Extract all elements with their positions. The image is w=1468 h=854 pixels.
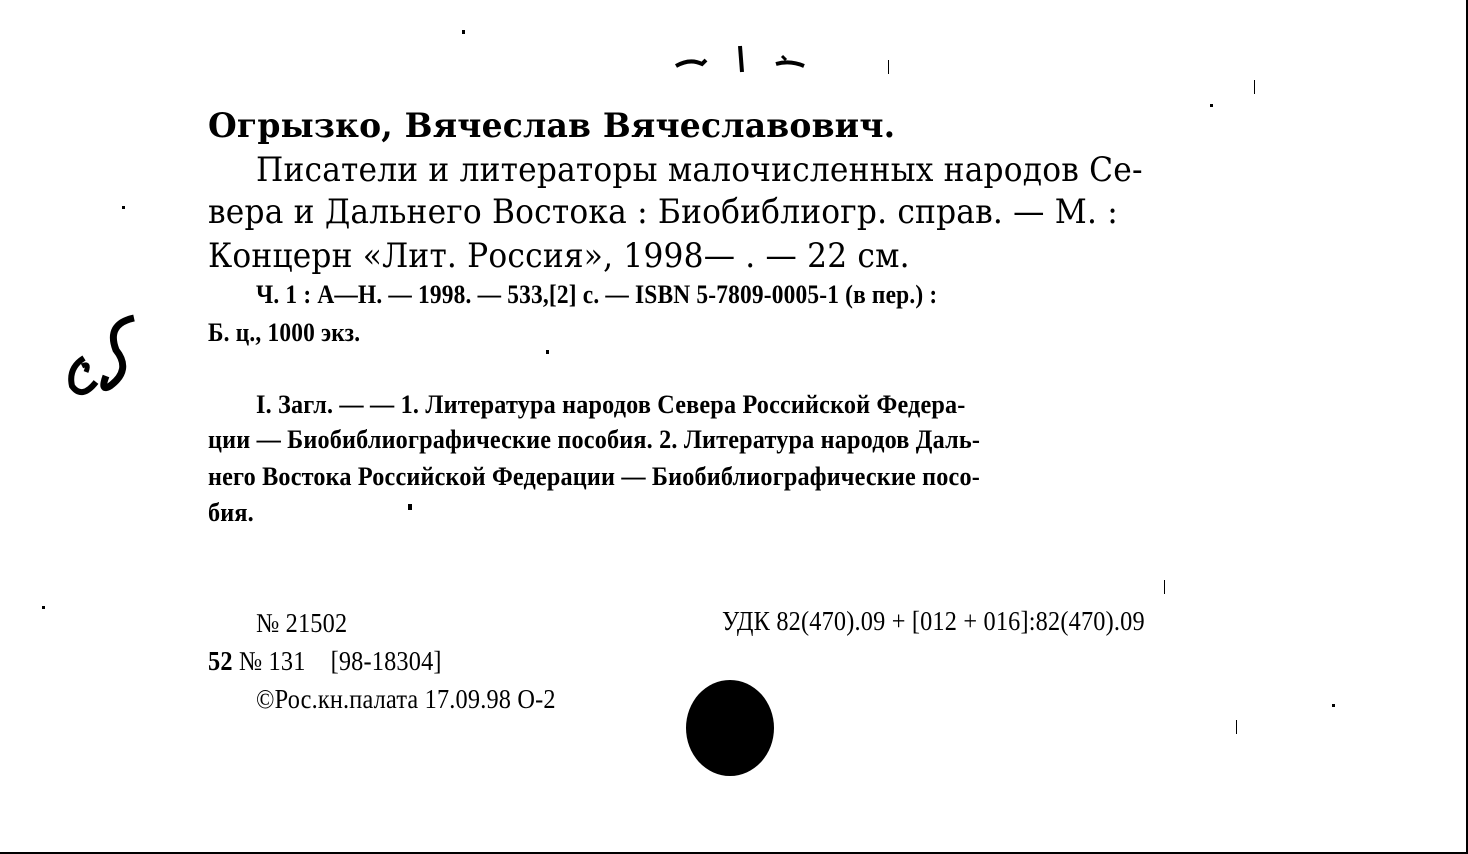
subject-heading-line: I. Загл. — — 1. Литература народов Север… — [256, 390, 966, 420]
udc-classification: УДК 82(470).09 + [012 + 016]:82(470).09 — [722, 606, 1145, 637]
card-number: № 21502 — [256, 608, 347, 639]
scan-speck — [888, 60, 889, 74]
scan-speck — [462, 30, 465, 34]
series-number: № 131 — [239, 646, 306, 676]
scan-speck — [122, 206, 125, 209]
handwritten-page-number — [670, 38, 810, 78]
title-line: вера и Дальнего Востока : Биобиблиогр. с… — [208, 192, 1118, 232]
record-id: [98-18304] — [331, 646, 442, 676]
series-line: 52 № 131 [98-18304] — [208, 646, 442, 677]
title-line: Писатели и литераторы малочисленных наро… — [256, 150, 1143, 190]
scan-speck — [1254, 80, 1255, 94]
subject-heading-line: ции — Биобиблиографические пособия. 2. Л… — [208, 425, 980, 455]
catalog-card: Огрызко, Вячеслав Вячеславович. Писатели… — [0, 0, 1468, 854]
scan-speck — [1164, 580, 1165, 594]
scan-speck — [1236, 720, 1237, 734]
title-line: Концерн «Лит. Россия», 1998— . — 22 см. — [208, 236, 910, 276]
series-prefix: 52 — [208, 646, 233, 676]
scan-speck — [546, 350, 549, 354]
part-description: Б. ц., 1000 экз. — [208, 318, 360, 348]
author-name: Огрызко, Вячеслав Вячеславович. — [208, 106, 895, 146]
scan-speck — [408, 504, 412, 510]
part-description: Ч. 1 : А—Н. — 1998. — 533,[2] с. — ISBN … — [256, 280, 937, 310]
publisher-stamp: ©Рос.кн.палата 17.09.98 О-2 — [256, 684, 556, 715]
punch-hole — [686, 680, 774, 776]
scan-speck — [1332, 704, 1335, 707]
subject-heading-line: него Востока Российской Федерации — Биоб… — [208, 462, 980, 492]
scan-speck — [42, 606, 45, 609]
handwritten-margin-mark — [62, 310, 142, 400]
scan-speck — [1210, 104, 1213, 107]
subject-heading-line: бия. — [208, 498, 254, 528]
